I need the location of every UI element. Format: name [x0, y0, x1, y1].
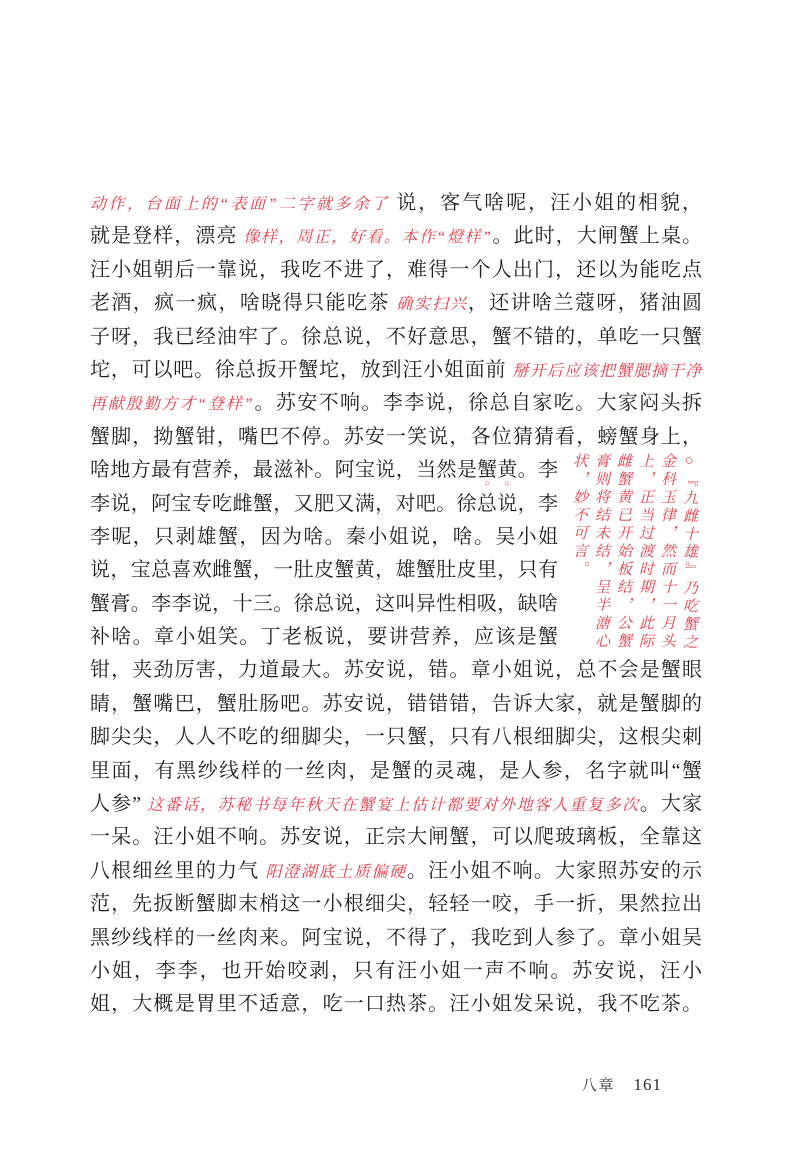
- book-page: 动作，台面上的“表面”二字就多余了 说，客气啥呢，汪小姐的相貌，就是登样，漂亮 …: [0, 0, 788, 1150]
- text-line: 八根细丝里的力气 阳澄湖底土质偏硬。汪小姐不响。大家照苏安的示: [90, 855, 702, 888]
- body-text-segment: 说，客气啥呢，汪小姐的相貌，: [396, 192, 702, 214]
- text-line: 老酒，疯一疯，啥晓得只能吃茶 确实扫兴，还讲啥兰蔻呀，猪油圆: [90, 287, 702, 320]
- text-line: 范，先扳断蟹脚末梢这一小根细尖，轻轻一咬，手一折，果然拉出: [90, 888, 702, 921]
- body-text-segment: 脚尖尖，人人不吃的细脚尖，一只蟹，只有八根细脚尖，这根尖刺: [90, 726, 702, 748]
- margin-annotation: ○『九雌十雄』乃吃蟹之金科玉律，然而十一月头上，正当过渡时期，此际雌蟹黄已开始板…: [566, 453, 700, 655]
- body-text-segment: 。苏安不响。李李说，徐总自家吃。大家闷头拆: [253, 392, 702, 414]
- body-text-segment: 老酒，疯一疯，啥晓得只能吃茶: [90, 292, 396, 314]
- text-line: 睛，蟹嘴巴，蟹肚肠吧。苏安说，错错错，告诉大家，就是蟹脚的: [90, 688, 702, 721]
- inline-annotation: 这番话，苏秘书每年秋天在蟹宴上估计都要对外地客人重复多次: [147, 797, 640, 814]
- body-text-segment: 坨，可以吧。徐总扳开蟹坨，放到汪小姐面前: [90, 359, 512, 381]
- body-text-segment: ，还讲啥兰蔻呀，猪油圆: [468, 292, 702, 314]
- text-line: 钳，夹劲厉害，力道最大。苏安说，错。章小姐说，总不会是蟹眼: [90, 654, 702, 687]
- text-line: 就是登样，漂亮 像样，周正，好看。本作“燈样”。此时，大闸蟹上桌。: [90, 220, 702, 253]
- body-text-segment: 八根细丝里的力气: [90, 860, 266, 882]
- body-text-segment: 睛，蟹嘴巴，蟹肚肠吧。苏安说，错错错，告诉大家，就是蟹脚的: [90, 693, 702, 715]
- text-line: 说，宝总喜欢雌蟹，一肚皮蟹黄，雄蟹肚皮里，只有: [90, 554, 558, 587]
- body-text-segment: 蟹脚，拗蟹钳，嘴巴不停。苏安一笑说，各位猜猜看，螃蟹身上，: [90, 426, 702, 448]
- body-text-segment: 补啥。章小姐笑。丁老板说，要讲营养，应该是蟹: [90, 626, 558, 648]
- body-text-segment: 说，宝总喜欢雌蟹，一肚皮蟹黄，雄蟹肚皮里，只有: [90, 559, 558, 581]
- text-line: 再献殷勤方才“登样”。苏安不响。李李说，徐总自家吃。大家闷头拆: [90, 387, 702, 420]
- body-text-segment: 。大家: [640, 793, 702, 815]
- emphasis-dot-char: 蟹: [477, 454, 497, 487]
- text-line: 坨，可以吧。徐总扳开蟹坨，放到汪小姐面前 掰开后应该把蟹腮摘干净: [90, 354, 702, 387]
- text-line: 蟹脚，拗蟹钳，嘴巴不停。苏安一笑说，各位猜猜看，螃蟹身上，: [90, 421, 702, 454]
- text-line: 一呆。汪小姐不响。苏安说，正宗大闸蟹，可以爬玻璃板，全靠这: [90, 821, 702, 854]
- text-line: 动作，台面上的“表面”二字就多余了 说，客气啥呢，汪小姐的相貌，: [90, 187, 702, 220]
- text-line: 姐，大概是胃里不适意，吃一口热茶。汪小姐发呆说，我不吃茶。: [90, 988, 702, 1021]
- page-footer: 八章 161: [90, 1074, 662, 1095]
- body-text-segment: 。此时，大闸蟹上桌。: [491, 225, 702, 247]
- text-line: 李说，阿宝专吃雌蟹，又肥又满，对吧。徐总说，李: [90, 488, 558, 521]
- body-text-segment: 姐，大概是胃里不适意，吃一口热茶。汪小姐发呆说，我不吃茶。: [90, 993, 702, 1015]
- text-line: 汪小姐朝后一靠说，我吃不进了，难得一个人出门，还以为能吃点: [90, 254, 702, 287]
- inline-annotation: 确实扫兴: [396, 296, 468, 313]
- inline-annotation: 掰开后应该把蟹腮摘干净: [512, 363, 702, 380]
- text-line: 子呀，我已经油牢了。徐总说，不好意思，蟹不错的，单吃一只蟹: [90, 321, 702, 354]
- text-line: 小姐，李李，也开始咬剥，只有汪小姐一声不响。苏安说，汪小: [90, 955, 702, 988]
- body-text-segment: 黑纱线样的一丝肉来。阿宝说，不得了，我吃到人参了。章小姐吴: [90, 927, 702, 949]
- body-text-segment: 蟹膏。李李说，十三。徐总说，这叫异性相吸，缺啥: [90, 593, 558, 615]
- inline-annotation: 动作，台面上的“表面”二字就多余了: [90, 196, 396, 213]
- body-text-segment: 李说，阿宝专吃雌蟹，又肥又满，对吧。徐总说，李: [90, 493, 558, 515]
- text-line: 脚尖尖，人人不吃的细脚尖，一只蟹，只有八根细脚尖，这根尖刺: [90, 721, 702, 754]
- body-text-segment: 小姐，李李，也开始咬剥，只有汪小姐一声不响。苏安说，汪小: [90, 960, 702, 982]
- text-line: 补啥。章小姐笑。丁老板说，要讲营养，应该是蟹: [90, 621, 558, 654]
- body-text-segment: 钳，夹劲厉害，力道最大。苏安说，错。章小姐说，总不会是蟹眼: [90, 659, 702, 681]
- body-text-segment: 。汪小姐不响。大家照苏安的示: [407, 860, 702, 882]
- text-line: 李呢，只剥雄蟹，因为啥。秦小姐说，啥。吴小姐: [90, 521, 558, 554]
- chapter-title: 八章: [581, 1078, 615, 1094]
- inline-annotation: 再献殷勤方才“登样”: [90, 396, 253, 413]
- body-text-segment: 范，先扳断蟹脚末梢这一小根细尖，轻轻一咬，手一折，果然拉出: [90, 893, 702, 915]
- body-text-segment: 啥地方最有营养，最滋补。阿宝说，当然是: [90, 459, 477, 481]
- text-line: 黑纱线样的一丝肉来。阿宝说，不得了，我吃到人参了。章小姐吴: [90, 922, 702, 955]
- page-number: 161: [634, 1075, 663, 1094]
- body-text-segment: 就是登样，漂亮: [90, 225, 243, 247]
- body-text-segment: 汪小姐朝后一靠说，我吃不进了，难得一个人出门，还以为能吃点: [90, 259, 702, 281]
- body-text-segment: 子呀，我已经油牢了。徐总说，不好意思，蟹不错的，单吃一只蟹: [90, 326, 702, 348]
- text-line: 人参” 这番话，苏秘书每年秋天在蟹宴上估计都要对外地客人重复多次。大家: [90, 788, 702, 821]
- inline-annotation: 像样，周正，好看。本作“燈样”: [243, 229, 491, 246]
- body-text-segment: 。李: [517, 459, 558, 481]
- emphasis-dot-char: 黄: [497, 454, 517, 487]
- inline-annotation: 阳澄湖底土质偏硬: [266, 864, 407, 881]
- body-text-segment: 李呢，只剥雄蟹，因为啥。秦小姐说，啥。吴小姐: [90, 526, 558, 548]
- body-text-segment: 里面，有黑纱线样的一丝肉，是蟹的灵魂，是人参，名字就叫“蟹: [90, 760, 702, 782]
- body-text-segment: 人参”: [90, 793, 147, 815]
- text-line: 蟹膏。李李说，十三。徐总说，这叫异性相吸，缺啥: [90, 588, 558, 621]
- text-line: 啥地方最有营养，最滋补。阿宝说，当然是蟹黄。李: [90, 454, 558, 487]
- body-text-segment: 一呆。汪小姐不响。苏安说，正宗大闸蟹，可以爬玻璃板，全靠这: [90, 826, 702, 848]
- text-line: 里面，有黑纱线样的一丝肉，是蟹的灵魂，是人参，名字就叫“蟹: [90, 755, 702, 788]
- emphasized-text: 蟹黄: [477, 459, 517, 481]
